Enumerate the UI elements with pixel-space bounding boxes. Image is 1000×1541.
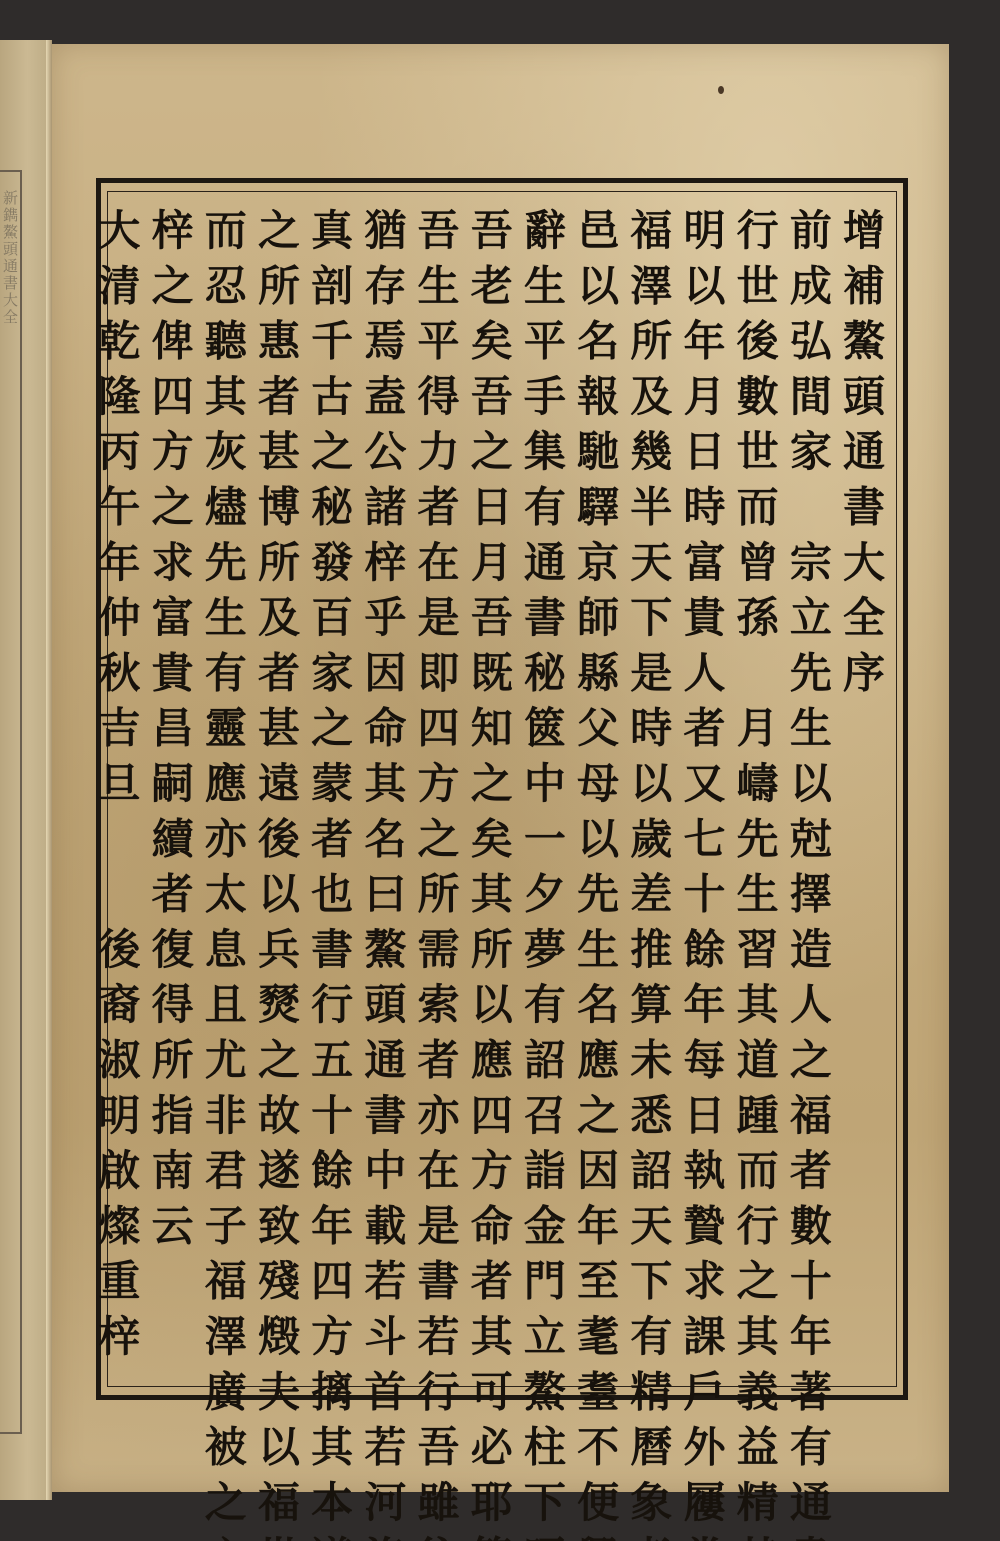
left-page-edge: 新鐫鰲頭通書大全 bbox=[0, 40, 48, 1500]
spine-frame bbox=[0, 170, 22, 1434]
spine-label: 新鐫鰲頭通書大全 bbox=[2, 190, 18, 326]
text-column-12: 而忍聽其灰燼先生有靈應亦太息且尤非君子福澤廣被之心因重 bbox=[197, 204, 250, 1374]
text-column-10: 真剖千古之秘發百家之蒙者也書行五十餘年四方摛其本遵而用 bbox=[303, 204, 356, 1374]
text-column-13: 梓之俾四方之求富貴昌嗣續者復得所指南云 bbox=[143, 204, 196, 1374]
text-column-6: 辭生平手集有通書秘篋中一夕夢有詔召詣金門立鰲柱下晤嘆曰 bbox=[516, 204, 569, 1374]
ink-stain bbox=[718, 86, 724, 94]
preface-title: 增補鰲頭通書大全序 bbox=[835, 204, 888, 1374]
vertical-text-area: 增補鰲頭通書大全序 前成弘間家 宗立先生以尅擇造人之福者數十年著有通書大全 行世… bbox=[116, 204, 888, 1374]
page-border-frame: 增補鰲頭通書大全序 前成弘間家 宗立先生以尅擇造人之福者數十年著有通書大全 行世… bbox=[96, 178, 908, 1400]
book-page: 增補鰲頭通書大全序 前成弘間家 宗立先生以尅擇造人之福者數十年著有通書大全 行世… bbox=[52, 44, 949, 1492]
text-column-5: 邑以名報馳驛京師縣父母以先生名應之因年至耄耋不便興居獲 bbox=[569, 204, 622, 1374]
text-column-11: 之所惠者甚博所及者甚遠後以兵燹之故遂致殘燬夫以福世之物 bbox=[250, 204, 303, 1374]
text-column-4: 福澤所及幾半天下是時以歲差推算未悉詔天下有精曆象者許郡 bbox=[622, 204, 675, 1374]
text-column-3: 明以年月日時富貴人者又七十餘年每日執贄求課戶外屨常滿其 bbox=[675, 204, 728, 1374]
text-column-8: 吾生平得力者在是即四方之所需索者亦在是書若行吾雖往也而 bbox=[409, 204, 462, 1374]
text-column-2: 行世後數世而曾孫 月嶹先生習其道踵而行之其義益精其理益 bbox=[728, 204, 781, 1374]
text-column-9: 猶存焉盍公諸梓乎因命其名曰鰲頭通書中載若斗首若河洛等篇 bbox=[356, 204, 409, 1374]
text-column-7: 吾老矣吾之日月吾既知之矣其所以應四方命者其可必耶篋中書 bbox=[463, 204, 516, 1374]
page-inner-border: 增補鰲頭通書大全序 前成弘間家 宗立先生以尅擇造人之福者數十年著有通書大全 行世… bbox=[107, 191, 897, 1387]
text-column-1: 前成弘間家 宗立先生以尅擇造人之福者數十年著有通書大全 bbox=[782, 204, 835, 1374]
colophon-date-signature: 大清乾隆丙午年仲秋吉旦 後裔淑明啟燦重梓 bbox=[90, 204, 143, 1374]
